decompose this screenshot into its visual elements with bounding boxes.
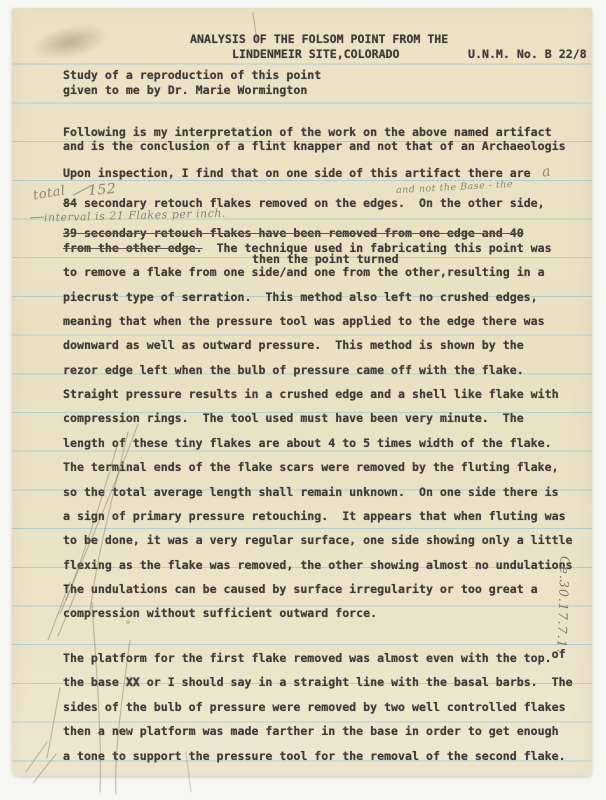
typed-segment: compression without sufficient outward f… [63, 606, 377, 620]
typed-segment: The undulations can be caused by surface… [63, 582, 538, 596]
typed-segment: flexing as the flake was removed, the ot… [63, 558, 573, 572]
typed-segment: XX [126, 675, 140, 689]
typed-segment: The technique used in fabricating this p… [203, 241, 552, 255]
typed-line-technique-16: compression without sufficient outward f… [63, 606, 377, 620]
typed-line-technique-1: from the other edge. The technique used … [63, 241, 552, 255]
typed-segment: rezor edge left when the bulb of pressur… [63, 363, 524, 377]
typed-line-technique-7: Straight pressure results in a crushed e… [63, 387, 559, 401]
typed-segment: to be done, it was a very regular surfac… [63, 533, 573, 547]
typed-line-technique-6: rezor edge left when the bulb of pressur… [63, 363, 524, 377]
typed-line-subheading-2: given to me by Dr. Marie Wormington [63, 83, 307, 97]
typed-line-technique-12: a sign of primary pressure retouching. I… [63, 509, 566, 523]
typed-line-technique-4: meaning that when the pressure tool was … [63, 314, 545, 328]
typed-segment: a tone to support the pressure tool for … [63, 749, 566, 763]
typed-segment: 39 secondary retouch flakes have been re… [63, 226, 524, 240]
typed-segment: Study of a reproduction of this point [63, 68, 321, 82]
typed-segment: given to me by Dr. Marie Wormington [63, 83, 307, 97]
typed-segment: The platform for the first flake removed… [63, 651, 552, 665]
typed-segment: Upon inspection, I find that on one side… [63, 166, 531, 180]
typed-line-technique-15: The undulations can be caused by surface… [63, 582, 538, 596]
typed-line-technique-14: flexing as the flake was removed, the ot… [63, 558, 573, 572]
typed-line-platform-5: a tone to support the pressure tool for … [63, 749, 566, 763]
typed-segment: then a new platform was made farther in … [63, 724, 559, 738]
typed-line-technique-2: to remove a flake from one side/and one … [63, 265, 545, 279]
typed-segment: The terminal ends of the flake scars wer… [63, 460, 559, 474]
typed-segment: and is the conclusion of a flint knapper… [63, 139, 566, 153]
catalog-number: U.N.M. No. B 22/8 [468, 47, 587, 61]
typed-line-inspection-3: 39 secondary retouch flakes have been re… [63, 226, 524, 240]
typed-segment: from the other edge. [63, 241, 203, 255]
typed-line-technique-9: length of these tiny flakes are about 4 … [63, 436, 552, 450]
typed-segment: so the total average length shall remain… [63, 485, 559, 499]
typed-line-technique-11: so the total average length shall remain… [63, 485, 559, 499]
typed-segment: the base [63, 675, 126, 689]
typed-segment: sides of the bulb of pressure were remov… [63, 700, 566, 714]
typed-line-intro-2: and is the conclusion of a flint knapper… [63, 139, 566, 153]
typed-line-platform-1: The platform for the first flake removed… [63, 651, 566, 665]
typed-line-platform-3: sides of the bulb of pressure were remov… [63, 700, 566, 714]
typed-line-platform-2: the base XX or I should say in a straigh… [63, 675, 573, 689]
doc-title-line2: LINDENMEIR SITE,COLORADO [232, 47, 400, 61]
typed-line-technique-3: piecrust type of serration. This method … [63, 290, 538, 304]
typed-segment: meaning that when the pressure tool was … [63, 314, 545, 328]
typed-segment: piecrust type of serration. This method … [63, 290, 538, 304]
handwritten-revised-count: 152 [87, 181, 116, 199]
typed-segment: compression rings. The tool used must ha… [63, 411, 524, 425]
typed-line-technique-8: compression rings. The tool used must ha… [63, 411, 524, 425]
typed-segment: Straight pressure results in a crushed e… [63, 387, 559, 401]
typed-line-intro-1: Following is my interpretation of the wo… [63, 125, 552, 139]
typed-line-inspection-2: 84 secondary retouch flakes removed on t… [63, 196, 545, 210]
typed-line-inspection-1: Upon inspection, I find that on one side… [63, 166, 531, 180]
typed-line-technique-13: to be done, it was a very regular surfac… [63, 533, 573, 547]
typed-line-subheading-1: Study of a reproduction of this point [63, 68, 321, 82]
typed-segment: length of these tiny flakes are about 4 … [63, 436, 552, 450]
typed-segment: downward as well as outward pressure. Th… [63, 338, 524, 352]
typed-line-technique-5: downward as well as outward pressure. Th… [63, 338, 524, 352]
typed-segment: a sign of primary pressure retouching. I… [63, 509, 566, 523]
typed-segment: to remove a flake from one side/and one … [63, 265, 545, 279]
document-scan: ANALYSIS OF THE FOLSOM POINT FROM THE LI… [0, 0, 606, 800]
doc-title-line1: ANALYSIS OF THE FOLSOM POINT FROM THE [190, 32, 448, 46]
typed-line-platform-4: then a new platform was made farther in … [63, 724, 559, 738]
typed-segment: Following is my interpretation of the wo… [63, 125, 552, 139]
typed-line-technique-10: The terminal ends of the flake scars wer… [63, 460, 559, 474]
typed-segment: or I should say in a straight line with … [140, 675, 573, 689]
